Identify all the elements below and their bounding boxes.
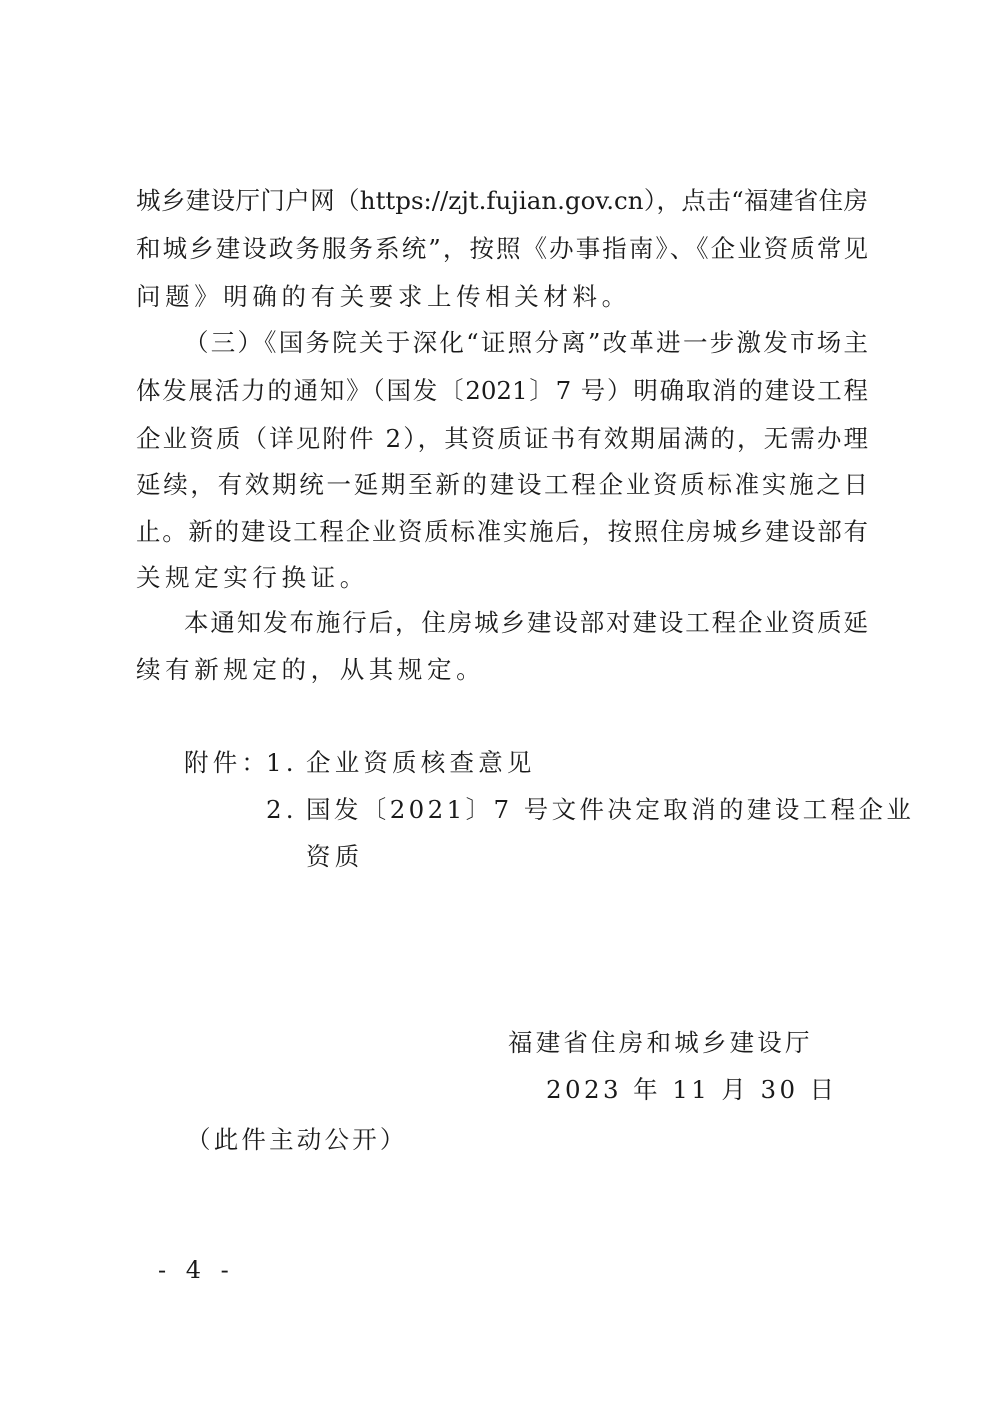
issue-date: 2023 年 11 月 30 日 [546,1075,838,1105]
disclosure-note: （此件主动公开） [186,1125,408,1155]
paragraph-line: 企业资质（详见附件 2），其资质证书有效期届满的，无需办理 [136,424,868,454]
paragraph-line: 本通知发布施行后，住房城乡建设部对建设工程企业资质延 [184,608,868,638]
paragraph-line: 体发展活力的通知》（国发〔2021〕7 号）明确取消的建设工程 [136,376,868,406]
page-number: - 4 - [158,1255,235,1285]
paragraph-line: 续有新规定的，从其规定。 [136,655,868,685]
paragraph-line: 问题》明确的有关要求上传相关材料。 [136,282,868,312]
attachment-number: 2. [266,795,298,825]
paragraph-line: 关规定实行换证。 [136,563,868,593]
document-page: 城乡建设厅门户网（https://zjt.fujian.gov.cn），点击“福… [0,0,992,1403]
attachment-title: 企业资质核查意见 [306,748,536,778]
attachments-label: 附件： [184,748,270,778]
paragraph-line: 止。新的建设工程企业资质标准实施后，按照住房城乡建设部有 [136,517,868,547]
attachment-title: 资质 [306,842,363,872]
attachment-number: 1. [266,748,298,778]
paragraph-line: （三）《国务院关于深化“证照分离”改革进一步激发市场主 [184,328,868,358]
attachment-title: 国发〔2021〕7 号文件决定取消的建设工程企业 [306,795,914,825]
paragraph-line: 城乡建设厅门户网（https://zjt.fujian.gov.cn），点击“福… [136,186,868,216]
paragraph-line: 和城乡建设政务服务系统”，按照《办事指南》、《企业资质常见 [136,234,868,264]
paragraph-line: 延续，有效期统一延期至新的建设工程企业资质标准实施之日 [136,470,868,500]
issuer-name: 福建省住房和城乡建设厅 [508,1028,813,1058]
